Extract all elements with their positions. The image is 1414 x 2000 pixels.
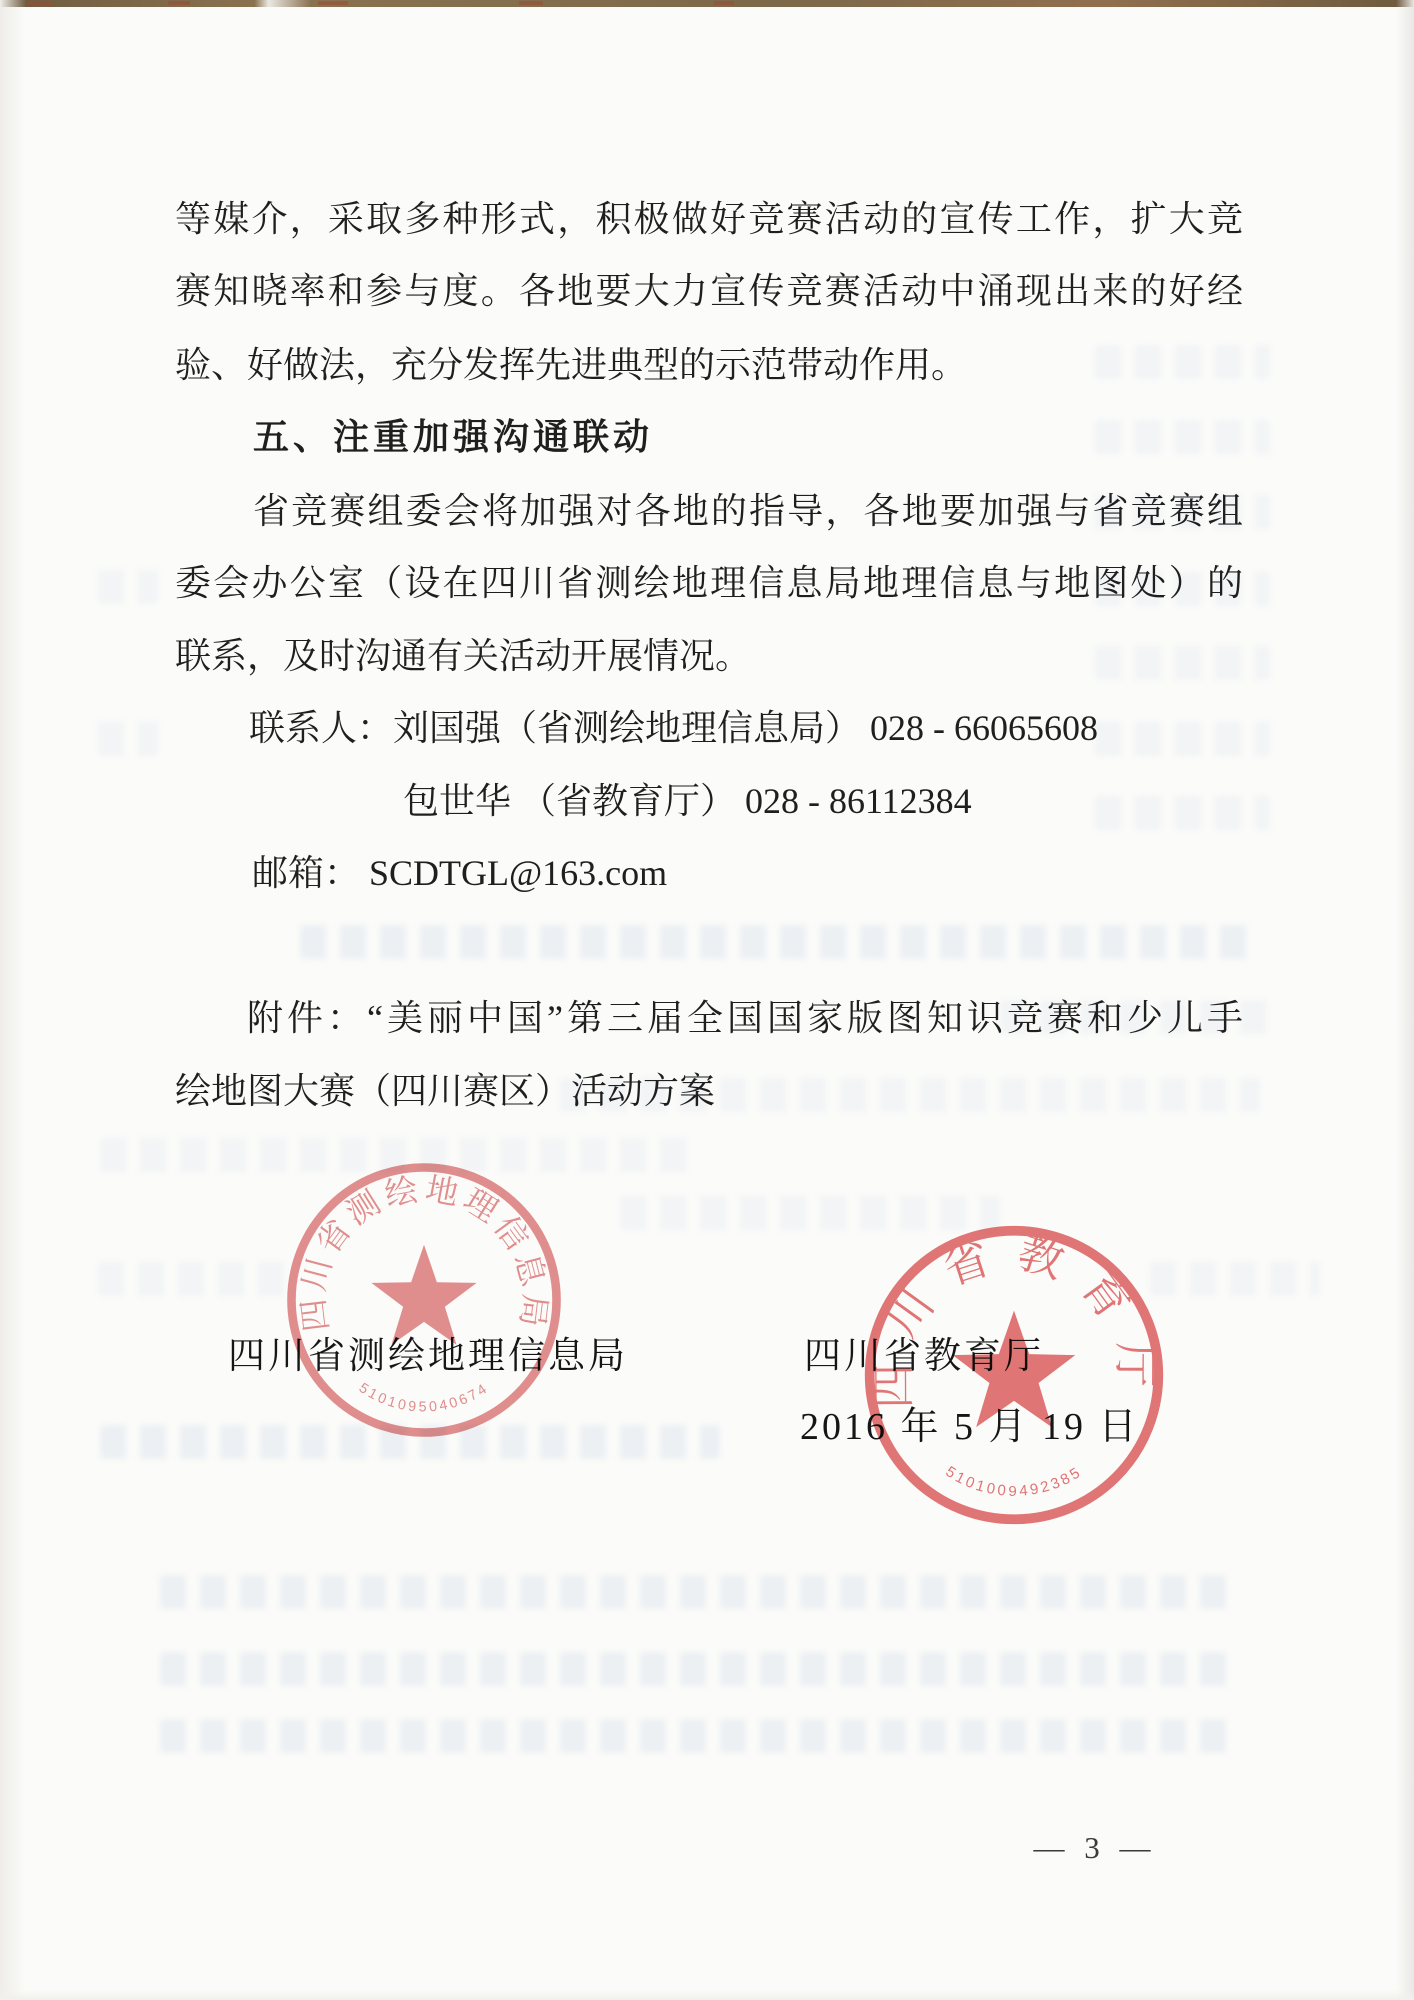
bleed-through <box>98 722 158 756</box>
bleed-through <box>1150 1262 1320 1296</box>
svg-text:四川省测绘地理信息局: 四川省测绘地理信息局 <box>296 1170 553 1333</box>
attachment-line-2: 绘地图大赛（四川赛区）活动方案 <box>175 1068 1243 1114</box>
bleed-through <box>100 1425 720 1459</box>
bleed-through <box>98 1262 298 1296</box>
bleed-through <box>160 1652 1230 1686</box>
svg-text:四川省教育厅: 四川省教育厅 <box>869 1227 1160 1409</box>
body-line-1: 等媒介，采取多种形式，积极做好竞赛活动的宣传工作，扩大竞 <box>175 196 1243 242</box>
body-line-5: 委会办公室（设在四川省测绘地理信息局地理信息与地图处）的 <box>175 560 1243 606</box>
official-seal-surveying-bureau: 四川省测绘地理信息局 5101095040674 <box>281 1153 567 1447</box>
attachment-line-1: 附件：“美丽中国”第三届全国国家版图知识竞赛和少儿手 <box>247 995 1243 1041</box>
svg-text:5101009492385: 5101009492385 <box>942 1463 1085 1500</box>
seal-serial-number: 5101095040674 <box>356 1380 492 1415</box>
scan-edge-bottom <box>0 1990 1414 2000</box>
bleed-through <box>100 1138 700 1172</box>
bleed-through <box>300 925 1260 959</box>
page-number: — 3 — <box>1005 1830 1185 1866</box>
scan-edge-left <box>0 0 26 2000</box>
body-line-2: 赛知晓率和参与度。各地要大力宣传竞赛活动中涌现出来的好经 <box>175 268 1243 314</box>
seal-ring <box>291 1167 556 1432</box>
signature-right-org: 四川省教育厅 <box>804 1325 1044 1379</box>
seal-ring-text: 四川省测绘地理信息局 <box>296 1170 553 1333</box>
contact-line-1: 联系人：刘国强（省测绘地理信息局） 028 - 66065608 <box>249 705 1249 751</box>
bleed-through <box>160 1575 1230 1609</box>
section-heading: 五、注重加强沟通联动 <box>175 414 1243 460</box>
bleed-through <box>160 1719 1230 1753</box>
email-line: 邮箱： SCDTGL@163.com <box>252 850 1152 896</box>
bleed-through <box>98 570 158 604</box>
body-line-6: 联系，及时沟通有关活动开展情况。 <box>175 633 1243 679</box>
svg-text:5101095040674: 5101095040674 <box>356 1380 492 1415</box>
scan-edge-right <box>1396 0 1414 2000</box>
signature-date: 2016 年 5 月 19 日 <box>800 1395 1140 1450</box>
body-line-4: 省竞赛组委会将加强对各地的指导，各地要加强与省竞赛组 <box>253 488 1243 534</box>
seal-serial-number: 5101009492385 <box>942 1463 1085 1500</box>
bleed-through <box>620 1196 1000 1230</box>
contact-line-2: 包世华 （省教育厅） 028 - 86112384 <box>403 778 1303 824</box>
scan-edge-top <box>0 0 1414 7</box>
signature-left-org: 四川省测绘地理信息局 <box>228 1325 628 1379</box>
seal-ring-text: 四川省教育厅 <box>869 1227 1160 1409</box>
body-line-3: 验、好做法，充分发挥先进典型的示范带动作用。 <box>175 342 1243 388</box>
